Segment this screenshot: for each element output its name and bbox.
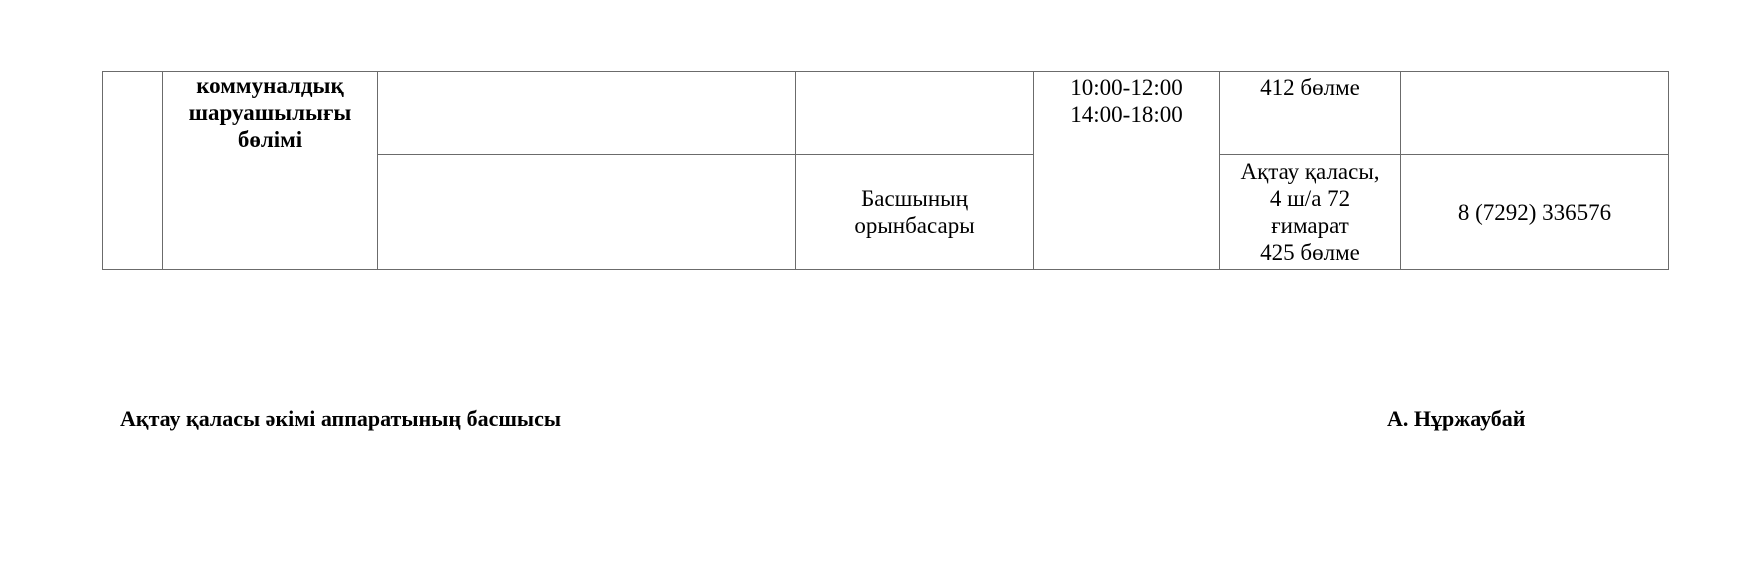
address-line: 425 бөлме [1224,239,1396,266]
phone-cell: 8 (7292) 336576 [1401,155,1669,270]
address-cell: Ақтау қаласы, 4 ш/а 72 ғимарат 425 бөлме [1220,155,1401,270]
signature-title: Ақтау қаласы әкімі аппаратының басшысы [120,406,561,432]
name-cell [378,72,796,155]
department-cell: коммуналдық шаруашылығы бөлімі [163,72,378,270]
address-line: ғимарат [1224,212,1396,239]
phone-cell [1401,72,1669,155]
position-cell [796,72,1034,155]
department-line: шаруашылығы [167,99,373,126]
hours-line: 10:00-12:00 [1038,74,1215,101]
address-line: 412 бөлме [1224,74,1396,101]
position-line: орынбасары [800,212,1029,239]
position-line: Басшының [800,185,1029,212]
schedule-table: коммуналдық шаруашылығы бөлімі 10:00-12:… [102,71,1669,270]
address-line: Ақтау қаласы, [1224,158,1396,185]
name-cell [378,155,796,270]
number-cell [103,72,163,270]
address-line: 4 ш/а 72 [1224,185,1396,212]
address-cell: 412 бөлме [1220,72,1401,155]
position-cell: Басшының орынбасары [796,155,1034,270]
hours-cell: 10:00-12:00 14:00-18:00 [1034,72,1220,270]
signature-name: А. Нұржаубай [1387,406,1525,432]
table-row: коммуналдық шаруашылығы бөлімі 10:00-12:… [103,72,1669,155]
department-line: коммуналдық [167,72,373,99]
department-line: бөлімі [167,126,373,153]
hours-line: 14:00-18:00 [1038,101,1215,128]
